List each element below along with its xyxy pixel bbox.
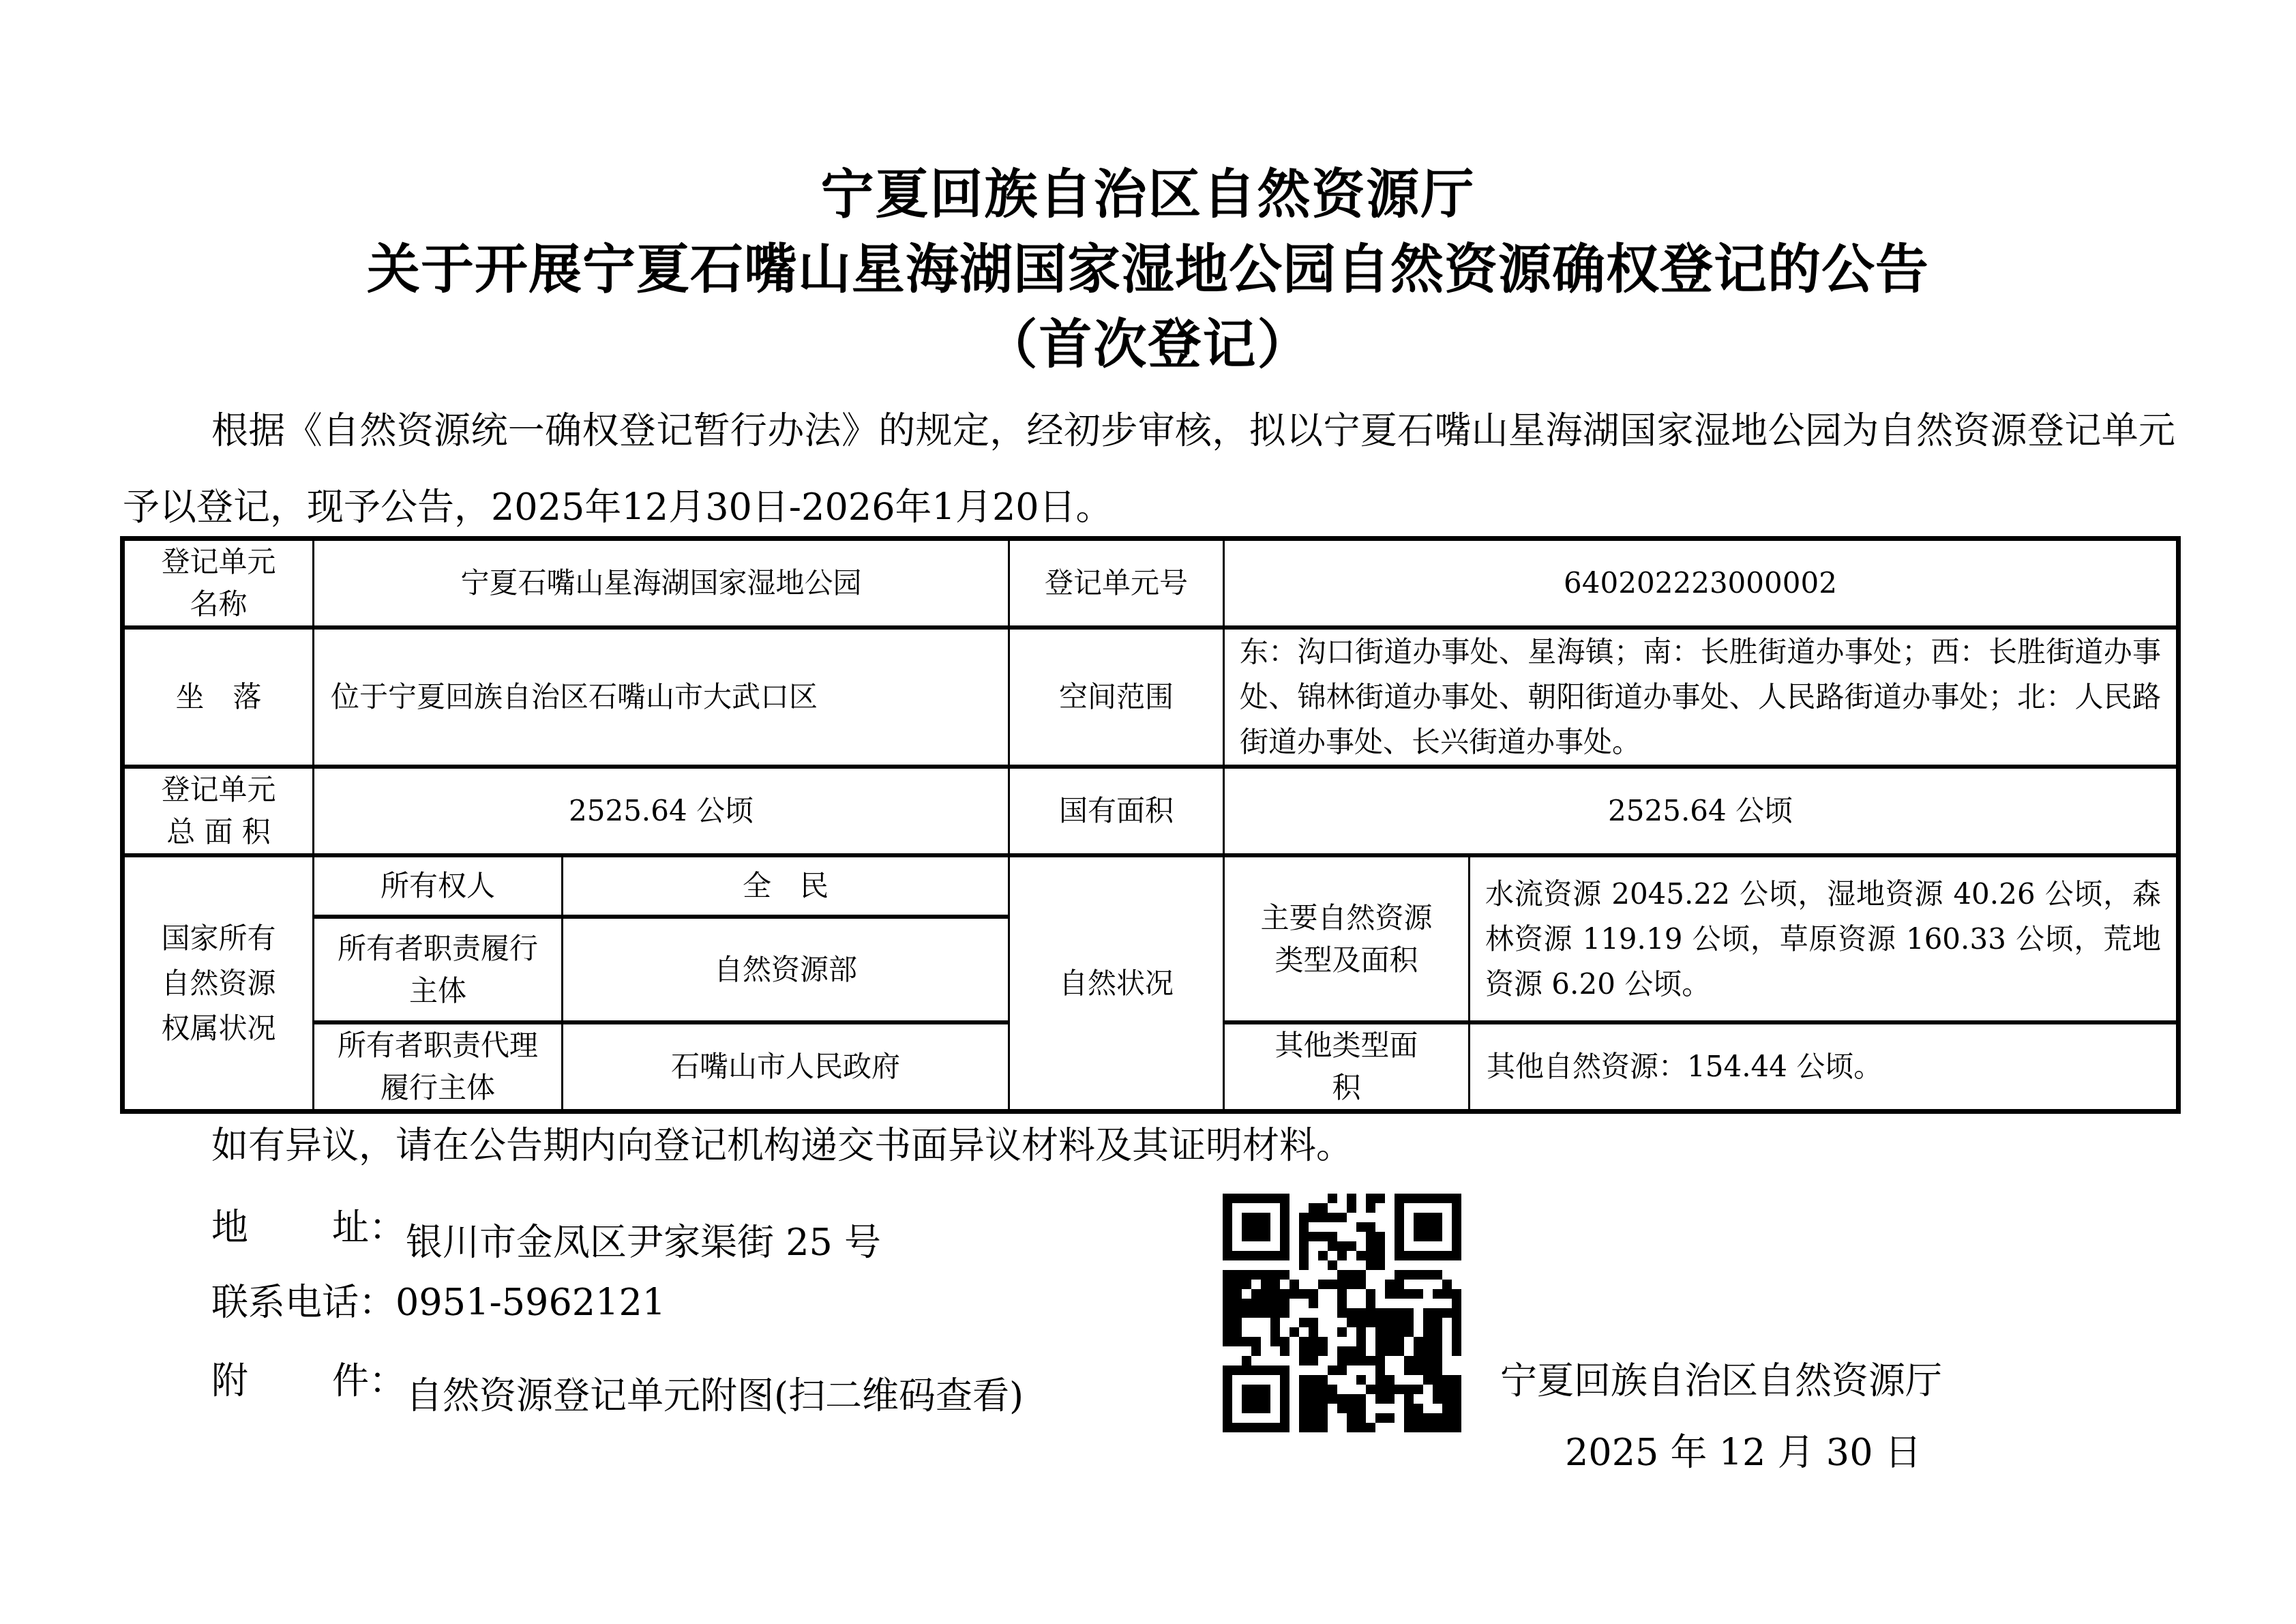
phone-label: 联系电话：	[211, 1281, 396, 1324]
agent-subject-value: 石嘴山市人民政府	[563, 1022, 1009, 1112]
nature-label: 自然状况	[1009, 855, 1224, 1112]
qr-code-icon[interactable]	[1223, 1194, 1461, 1432]
intro-paragraph: 根据《自然资源统一确权登记暂行办法》的规定，经初步审核，拟以宁夏石嘴山星海湖国家…	[123, 393, 2175, 546]
location-value: 位于宁夏回族自治区石嘴山市大武口区	[314, 628, 1009, 767]
table-row: 登记单元名称 宁夏石嘴山星海湖国家湿地公园 登记单元号 640202223000…	[123, 539, 2179, 628]
state-area-label: 国有面积	[1009, 767, 1224, 855]
unit-no-label: 登记单元号	[1009, 539, 1224, 628]
ownership-label: 国家所有自然资源权属状况	[123, 855, 314, 1112]
location-label: 坐 落	[123, 628, 314, 767]
duty-subject-value: 自然资源部	[563, 917, 1009, 1022]
table-row: 登记单元总 面 积 2525.64 公顷 国有面积 2525.64 公顷	[123, 767, 2179, 855]
objection-notice: 如有异议，请在公告期内向登记机构递交书面异议材料及其证明材料。	[211, 1119, 1353, 1173]
attachment-label: 附件：	[211, 1354, 406, 1408]
signature-date: 2025 年 12 月 30 日	[1565, 1426, 1922, 1480]
address-value: 银川市金凤区尹家渠街 25 号	[406, 1221, 881, 1264]
attachment-line: 附件：自然资源登记单元附图(扫二维码查看)	[211, 1354, 1024, 1423]
address-label: 地址：	[211, 1200, 406, 1255]
unit-name-label: 登记单元名称	[123, 539, 314, 628]
main-types-label: 主要自然资源类型及面积	[1224, 855, 1470, 1022]
extent-value: 东：沟口街道办事处、星海镇；南：长胜街道办事处；西：长胜街道办事处、锦林街道办事…	[1224, 628, 2179, 767]
other-types-label: 其他类型面积	[1224, 1022, 1470, 1112]
issuer-title: 宁夏回族自治区自然资源厅	[0, 161, 2296, 229]
attachment-value: 自然资源登记单元附图(扫二维码查看)	[406, 1374, 1024, 1417]
table-row: 国家所有自然资源权属状况 所有权人 全 民 自然状况 主要自然资源类型及面积 水…	[123, 855, 2179, 917]
address-line: 地址：银川市金凤区尹家渠街 25 号	[211, 1200, 881, 1270]
phone-value: 0951-5962121	[396, 1281, 666, 1324]
other-types-value: 其他自然资源：154.44 公顷。	[1470, 1022, 2179, 1112]
owner-label: 所有权人	[314, 855, 563, 917]
state-area-value: 2525.64 公顷	[1224, 767, 2179, 855]
signature-issuer: 宁夏回族自治区自然资源厅	[1500, 1354, 1942, 1408]
document-title: 关于开展宁夏石嘴山星海湖国家湿地公园自然资源确权登记的公告	[0, 236, 2296, 304]
extent-label: 空间范围	[1009, 628, 1224, 767]
owner-value: 全 民	[563, 855, 1009, 917]
main-types-value: 水流资源 2045.22 公顷，湿地资源 40.26 公顷，森林资源 119.1…	[1470, 855, 2179, 1022]
duty-subject-label: 所有者职责履行主体	[314, 917, 563, 1022]
unit-name-value: 宁夏石嘴山星海湖国家湿地公园	[314, 539, 1009, 628]
unit-no-value: 640202223000002	[1224, 539, 2179, 628]
phone-line: 联系电话：0951-5962121	[211, 1275, 666, 1330]
table-row: 坐 落 位于宁夏回族自治区石嘴山市大武口区 空间范围 东：沟口街道办事处、星海镇…	[123, 628, 2179, 767]
registration-table: 登记单元名称 宁夏石嘴山星海湖国家湿地公园 登记单元号 640202223000…	[120, 536, 2181, 1114]
document-subtitle: （首次登记）	[0, 311, 2296, 379]
total-area-label: 登记单元总 面 积	[123, 767, 314, 855]
total-area-value: 2525.64 公顷	[314, 767, 1009, 855]
agent-subject-label: 所有者职责代理履行主体	[314, 1022, 563, 1112]
